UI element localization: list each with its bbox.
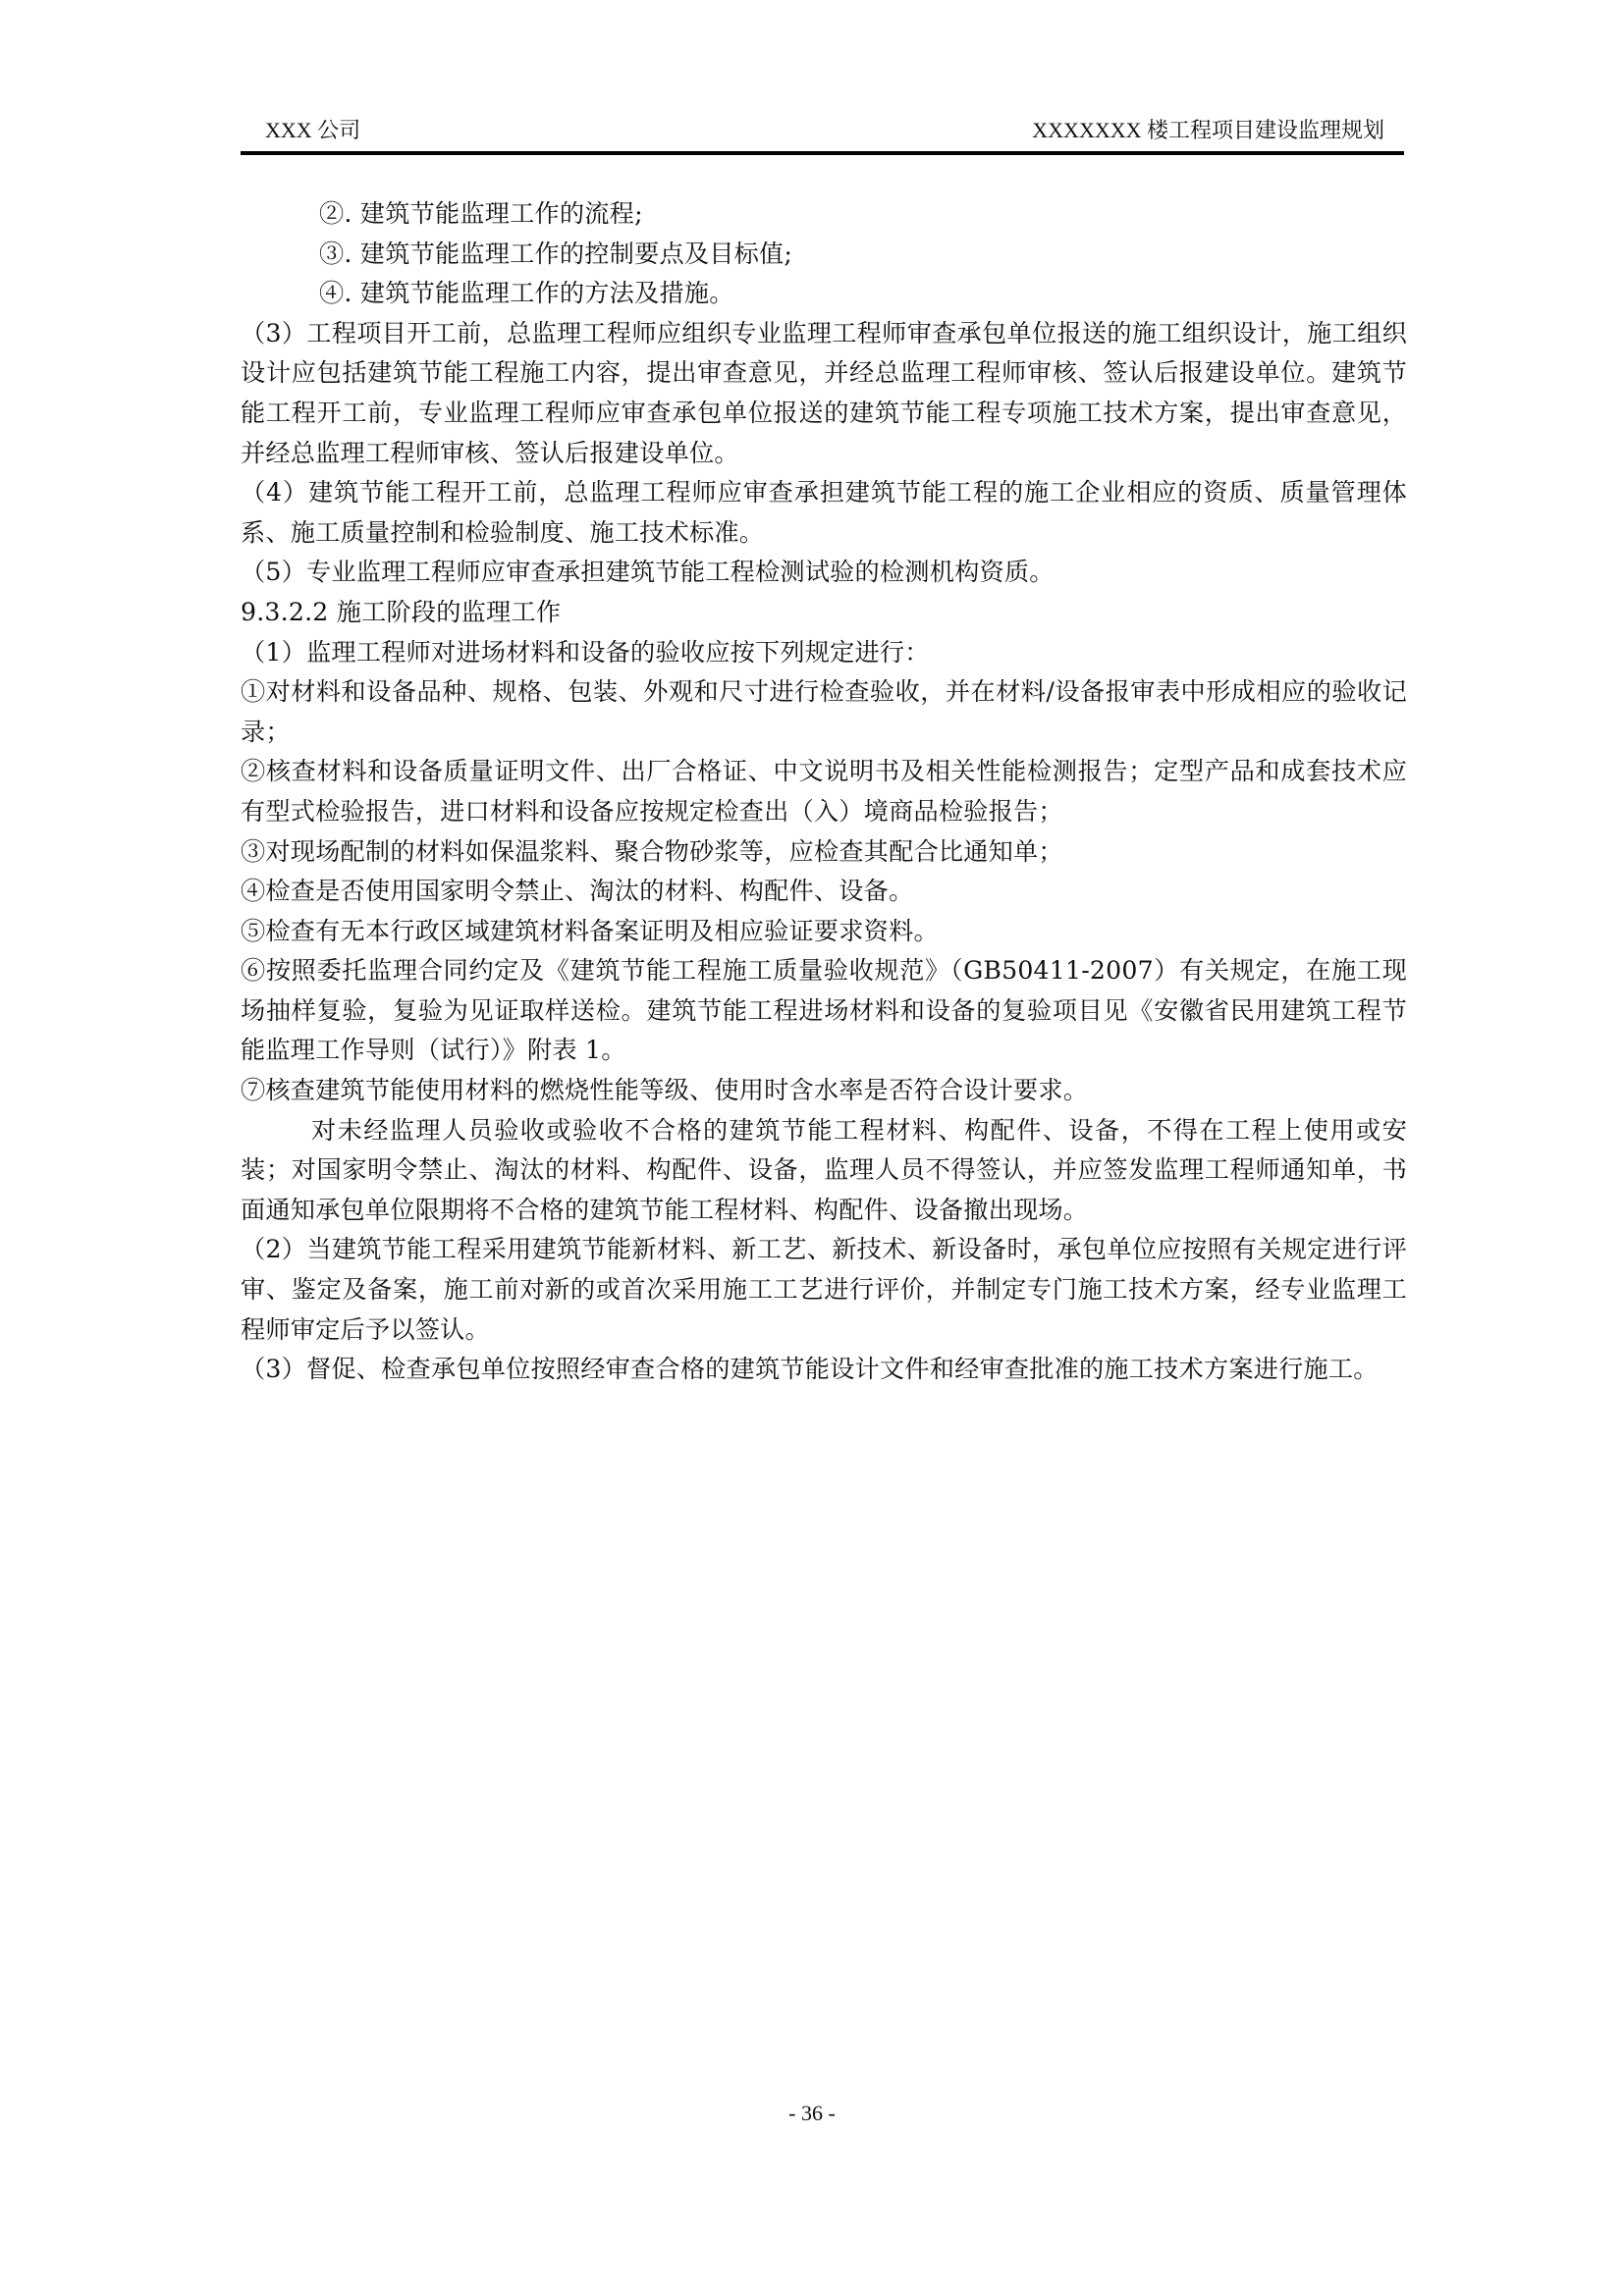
paragraph-rejection-rule: 对未经监理人员验收或验收不合格的建筑节能工程材料、构配件、设备，不得在工程上使用… (241, 1111, 1407, 1231)
list-item-3: ③. 建筑节能监理工作的控制要点及目标值; (241, 235, 1407, 275)
list-item-inspection-5: ⑤检查有无本行政区域建筑材料备案证明及相应验证要求资料。 (241, 912, 1407, 952)
document-body: ②. 建筑节能监理工作的流程; ③. 建筑节能监理工作的控制要点及目标值; ④.… (241, 194, 1407, 1390)
section-heading: 9.3.2.2 施工阶段的监理工作 (241, 593, 1407, 633)
list-item-inspection-3: ③对现场配制的材料如保温浆料、聚合物砂浆等，应检查其配合比通知单； (241, 832, 1407, 873)
paragraph-new-technology: （2）当建筑节能工程采用建筑节能新材料、新工艺、新技术、新设备时，承包单位应按照… (241, 1230, 1407, 1350)
list-item-inspection-7: ⑦核查建筑节能使用材料的燃烧性能等级、使用时含水率是否符合设计要求。 (241, 1071, 1407, 1111)
paragraph-contractor-qualification: （4）建筑节能工程开工前，总监理工程师应审查承担建筑节能工程的施工企业相应的资质… (241, 473, 1407, 553)
header-company: XXX 公司 (265, 116, 360, 145)
page-header: XXX 公司 XXXXXXX 楼工程项目建设监理规划 (241, 114, 1404, 155)
paragraph-testing-agency: （5）专业监理工程师应审查承担建筑节能工程检测试验的检测机构资质。 (241, 553, 1407, 593)
paragraph-pre-construction-review: （3）工程项目开工前，总监理工程师应组织专业监理工程师审查承包单位报送的施工组织… (241, 314, 1407, 473)
paragraph-material-acceptance: （1）监理工程师对进场材料和设备的验收应按下列规定进行： (241, 633, 1407, 673)
header-document-title: XXXXXXX 楼工程项目建设监理规划 (1032, 116, 1384, 145)
list-item-4: ④. 建筑节能监理工作的方法及措施。 (241, 274, 1407, 314)
paragraph-supervise-construction: （3）督促、检查承包单位按照经审查合格的建筑节能设计文件和经审查批准的施工技术方… (241, 1350, 1407, 1390)
list-item-2: ②. 建筑节能监理工作的流程; (241, 194, 1407, 235)
list-item-inspection-4: ④检查是否使用国家明令禁止、淘汰的材料、构配件、设备。 (241, 872, 1407, 912)
page-number: - 36 - (0, 2101, 1624, 2126)
list-item-inspection-2: ②核查材料和设备质量证明文件、出厂合格证、中文说明书及相关性能检测报告；定型产品… (241, 752, 1407, 831)
list-item-inspection-1: ①对材料和设备品种、规格、包装、外观和尺寸进行检查验收，并在材料/设备报审表中形… (241, 672, 1407, 752)
list-item-inspection-6: ⑥按照委托监理合同约定及《建筑节能工程施工质量验收规范》（GB50411-200… (241, 951, 1407, 1071)
